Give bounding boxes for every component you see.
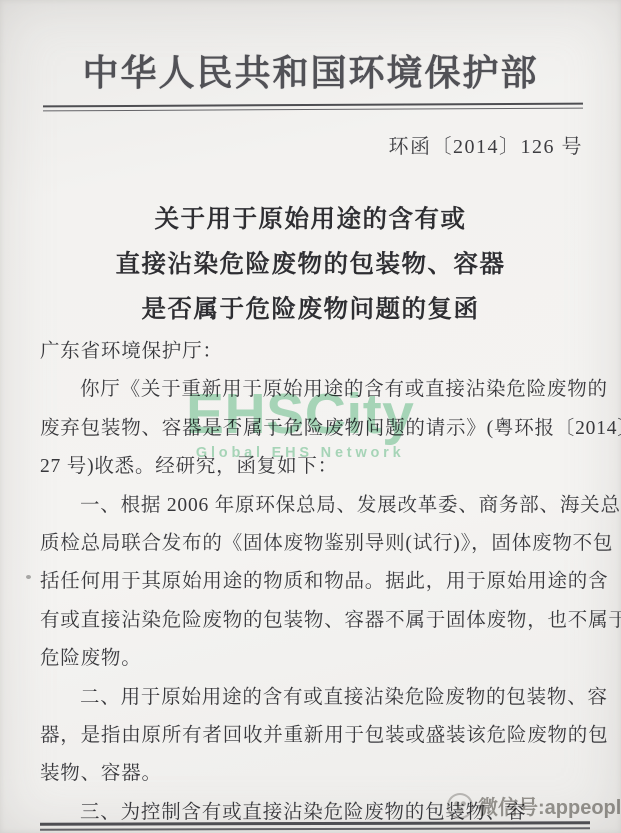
body-line: 质检总局联合发布的《固体废物鉴别导则(试行)》，固体废物不包 (40, 525, 592, 563)
ministry-letterhead: 中华人民共和国环境保护部 (0, 50, 621, 96)
body-line-item-1: 一、根据 2006 年原环保总局、发展改革委、商务部、海关总署、 (40, 487, 592, 525)
scanned-letter-page: 中华人民共和国环境保护部 环函〔2014〕126 号 关于用于原始用途的含有或 … (0, 0, 621, 833)
body-line: 废弃包装物、容器是否属于危险废物问题的请示》(粤环报〔2014〕 (40, 410, 592, 448)
letter-body: 广东省环境保护厅： 你厅《关于重新用于原始用途的含有或直接沾染危险废物的 废弃包… (40, 333, 592, 832)
footer-divider (40, 821, 590, 830)
document-title: 关于用于原始用途的含有或 直接沾染危险废物的包装物、容器 是否属于危险废物问题的… (0, 197, 621, 332)
letterhead-divider (43, 103, 583, 112)
title-line-3: 是否属于危险废物问题的复函 (0, 287, 621, 332)
body-line: 装物、容器。 (40, 755, 592, 793)
body-line-salutation: 广东省环境保护厅： (40, 333, 592, 371)
body-line-item-2: 二、用于原始用途的含有或直接沾染危险废物的包装物、容 (40, 679, 592, 717)
body-line: 有或直接沾染危险废物的包装物、容器不属于固体废物，也不属于 (40, 602, 592, 640)
title-line-1: 关于用于原始用途的含有或 (0, 197, 621, 242)
body-line: 27 号)收悉。经研究，函复如下： (40, 448, 592, 486)
document-number: 环函〔2014〕126 号 (389, 130, 584, 159)
title-line-2: 直接沾染危险废物的包装物、容器 (0, 242, 621, 287)
body-line: 括任何用于其原始用途的物质和物品。据此，用于原始用途的含 (40, 563, 592, 601)
body-line: 器，是指由原所有者回收并重新用于包装或盛装该危险废物的包 (40, 717, 592, 755)
scan-speck (26, 575, 31, 579)
body-line: 危险废物。 (40, 640, 592, 678)
body-line: 你厅《关于重新用于原始用途的含有或直接沾染危险废物的 (40, 371, 592, 409)
